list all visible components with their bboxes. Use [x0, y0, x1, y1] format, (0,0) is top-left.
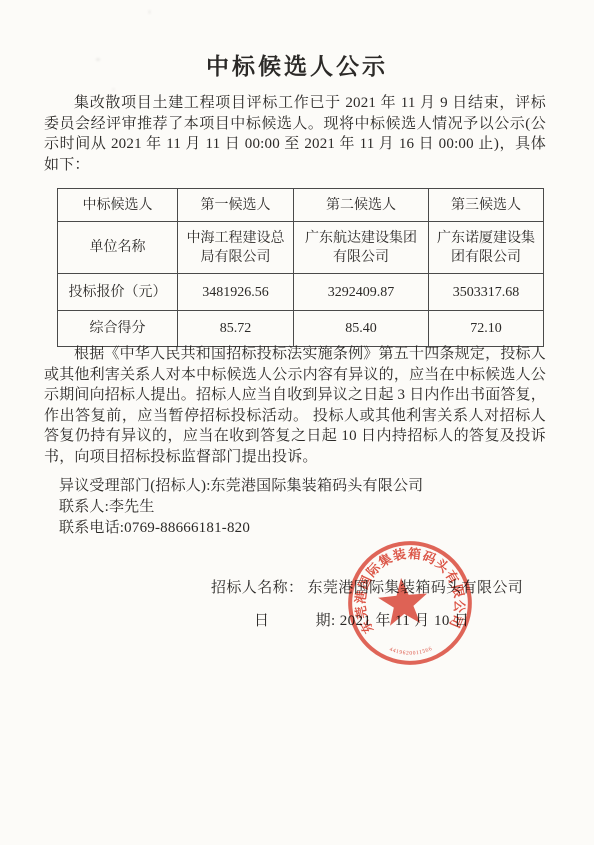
table-cell: 3481926.56 — [178, 274, 294, 311]
table-cell: 广东诺厦建设集团有限公司 — [429, 222, 544, 274]
table-cell: 3292409.87 — [294, 274, 429, 311]
objection-department-line: 异议受理部门(招标人):东莞港国际集装箱码头有限公司 — [59, 476, 423, 497]
legal-paragraph: 根据《中华人民共和国招标投标法实施条例》第五十四条规定，投标人或其他利害关系人对… — [44, 344, 546, 467]
table-row: 综合得分 85.72 85.40 72.10 — [58, 311, 544, 347]
contact-phone-line: 联系电话:0769-88666181-820 — [59, 518, 423, 539]
table-cell: 72.10 — [429, 311, 544, 347]
table-header-cell: 中标候选人 — [58, 189, 178, 222]
seal-ring — [345, 538, 475, 668]
document-page: 中标候选人公示 集改散项目土建工程项目评标工作已于 2021 年 11 月 9 … — [0, 0, 594, 845]
table-cell: 85.72 — [178, 311, 294, 347]
page-title: 中标候选人公示 — [0, 48, 594, 81]
row-label-cell: 综合得分 — [58, 311, 178, 347]
company-seal: 东莞港国际集装箱码头有限公司 4419620011566 — [337, 530, 482, 675]
contact-block: 异议受理部门(招标人):东莞港国际集装箱码头有限公司 联系人:李先生 联系电话:… — [59, 476, 423, 539]
scan-speck — [148, 10, 151, 14]
table-header-cell: 第三候选人 — [429, 189, 544, 222]
intro-paragraph: 集改散项目土建工程项目评标工作已于 2021 年 11 月 9 日结束，评标委员… — [44, 93, 546, 175]
row-label-cell: 单位名称 — [58, 222, 178, 274]
table-cell: 3503317.68 — [429, 274, 544, 311]
table-header-cell: 第二候选人 — [294, 189, 429, 222]
scan-speck — [112, 88, 115, 91]
table-row: 投标报价（元） 3481926.56 3292409.87 3503317.68 — [58, 274, 544, 311]
date-line: 日 期: 2021 年 11 月 10 日 — [254, 609, 469, 630]
table-header-cell: 第一候选人 — [178, 189, 294, 222]
candidates-table: 中标候选人 第一候选人 第二候选人 第三候选人 单位名称 中海工程建设总局有限公… — [57, 188, 544, 347]
table-cell: 广东航达建设集团有限公司 — [294, 222, 429, 274]
seal-code-text: 4419620011566 — [388, 643, 434, 659]
row-label-cell: 投标报价（元） — [58, 274, 178, 311]
table-row: 单位名称 中海工程建设总局有限公司 广东航达建设集团有限公司 广东诺厦建设集团有… — [58, 222, 544, 274]
table-cell: 中海工程建设总局有限公司 — [178, 222, 294, 274]
bidder-name-line: 招标人名称： 东莞港国际集装箱码头有限公司 — [211, 576, 523, 597]
table-cell: 85.40 — [294, 311, 429, 347]
table-header-row: 中标候选人 第一候选人 第二候选人 第三候选人 — [58, 189, 544, 222]
contact-person-line: 联系人:李先生 — [59, 497, 423, 518]
